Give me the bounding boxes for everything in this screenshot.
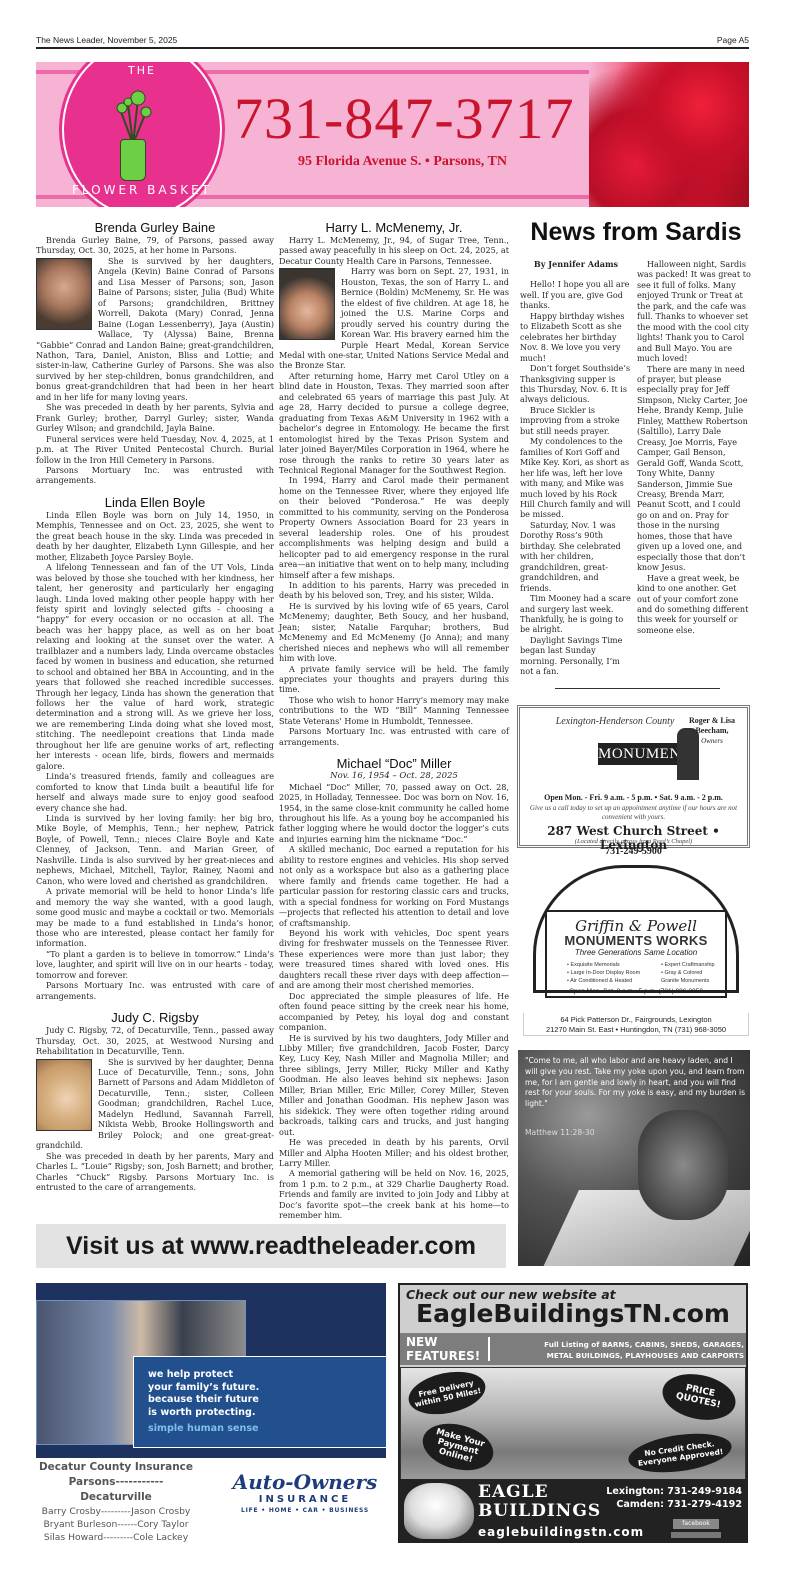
- owners-label: Owners: [683, 736, 741, 746]
- obituary-brenda: Brenda Gurley Baine Brenda Gurley Baine,…: [36, 221, 274, 486]
- jar-icon: [120, 139, 146, 181]
- agent-row: Bryant Burleson------Cory Taylor: [36, 1518, 196, 1531]
- obituary-paragraph: Beyond his work with vehicles, Doc spent…: [279, 928, 509, 991]
- ad-phones: Lexington: 731-249-9184 Camden: 731-279-…: [606, 1485, 742, 1511]
- brand-line: BUILDINGS: [478, 1502, 601, 1521]
- obituary-name: Harry L. McMenemy, Jr.: [279, 221, 509, 235]
- sardis-paragraph: Have a great week, be kind to one anothe…: [637, 573, 751, 636]
- obituary-paragraph: Brenda Gurley Baine, 79, of Parsons, pas…: [36, 235, 274, 256]
- obituary-paragraph: A skilled mechanic, Doc earned a reputat…: [279, 844, 509, 928]
- ad-phone[interactable]: 731-249-5900: [520, 846, 747, 857]
- obituary-photo: [36, 1059, 92, 1131]
- obituary-paragraph: In 1994, Harry and Carol made their perm…: [279, 475, 509, 580]
- feature-item: • Gray & Colored: [661, 969, 715, 977]
- message-line: we help protect: [148, 1369, 259, 1382]
- brand-lines: LIFE • HOME • CAR • BUSINESS: [230, 1507, 380, 1514]
- sardis-paragraph: Saturday, Nov. 1 was Dorothy Ross’s 90th…: [520, 520, 632, 593]
- agency-towns: Parsons-----------Decaturville: [36, 1475, 196, 1505]
- scripture-reference: Matthew 11:28-30: [525, 1128, 595, 1137]
- feature-item: • Large In-Door Display Room: [567, 969, 640, 977]
- ad-hours: Open Mon.-Sat. 8 a.m.- 5 p.m. (731) 986-…: [523, 988, 749, 995]
- header-divider: [36, 47, 749, 49]
- brand-name: EAGLE BUILDINGS: [478, 1483, 601, 1521]
- obituary-paragraph: Parsons Mortuary Inc. was entrusted with…: [36, 980, 274, 1001]
- obituary-paragraph: Michael “Doc” Miller, 70, passed away on…: [279, 782, 509, 845]
- message-box: we help protect your family’s future. be…: [133, 1356, 386, 1448]
- ad-locations: 64 Pick Patterson Dr., Fairgrounds, Lexi…: [523, 1013, 749, 1036]
- obituary-photo: [36, 258, 92, 330]
- agency-name: Decatur County Insurance: [36, 1460, 196, 1475]
- website-banner[interactable]: Visit us at www.readtheleader.com: [36, 1224, 506, 1268]
- ad-tagline: simple human sense: [148, 1423, 259, 1434]
- agent-row: Silas Howard---------Cole Lackey: [36, 1531, 196, 1544]
- obituary-paragraph: She was preceded in death by her parents…: [36, 402, 274, 433]
- obituary-paragraph: After returning home, Harry met Carol Ut…: [279, 371, 509, 476]
- flower-phone[interactable]: 731-847-3717: [234, 90, 575, 148]
- ad-brand: MONUMENTS: [598, 743, 688, 765]
- ad-owners: Roger & Lisa Beecham, Owners: [683, 716, 741, 746]
- praying-hands-image: [638, 1110, 728, 1220]
- sardis-paragraph: Don’t forget Southside’s Thanksgiving su…: [520, 363, 632, 405]
- location-line: 21270 Main St. East • Huntingdon, TN (73…: [524, 1025, 748, 1035]
- ad-tagline: Three Generations Same Location: [523, 948, 749, 957]
- feature-item: • Expert Craftmanship: [661, 961, 715, 969]
- brand-line: EAGLE: [478, 1483, 601, 1502]
- feature-item: Granite Monuments: [661, 977, 715, 985]
- phone-lexington[interactable]: Lexington: 731-249-9184: [606, 1485, 742, 1498]
- obit-column-2: Harry L. McMenemy, Jr. Harry L. McMenemy…: [279, 221, 509, 1221]
- obituary-paragraph: A private memorial will be held to honor…: [36, 886, 274, 949]
- sardis-paragraph: Bruce Sickler is improving from a stroke…: [520, 405, 632, 436]
- flower-basket-ad[interactable]: THE FLOWER BASKET 731-847-3717 95 Florid…: [36, 62, 749, 207]
- ad-script-title: Lexington-Henderson County: [555, 716, 675, 728]
- ad-located: (Located directly across from Reed’s Cha…: [520, 838, 747, 845]
- sardis-paragraph: Halloween night, Sardis was packed! It w…: [637, 259, 751, 364]
- auto-owners-logo: Auto-Owners INSURANCE LIFE • HOME • CAR …: [230, 1470, 380, 1514]
- obituary-paragraph: She was preceded in death by her parents…: [36, 1151, 274, 1193]
- features-bar: NEW FEATURES! Full Listing of BARNS, CAB…: [400, 1333, 746, 1365]
- obituary-linda: Linda Ellen Boyle Linda Ellen Boyle was …: [36, 496, 274, 1001]
- obituary-harry: Harry L. McMenemy, Jr. Harry L. McMenemy…: [279, 221, 509, 747]
- listing-line: Full Listing of BARNS, CABINS, SHEDS, GA…: [496, 1339, 744, 1350]
- scripture-ad: "Come to me, all who labor and are heavy…: [518, 1050, 750, 1266]
- obituary-dates: Nov. 16, 1954 – Oct. 28, 2025: [279, 771, 509, 781]
- sardis-paragraph: Hello! I hope you all are well. If you a…: [520, 279, 632, 310]
- obituary-paragraph: Parsons Mortuary Inc. was entrusted with…: [279, 726, 509, 747]
- insurance-ad[interactable]: we help protect your family’s future. be…: [36, 1283, 386, 1458]
- obituary-paragraph: In addition to his parents, Harry was pr…: [279, 580, 509, 601]
- obituary-paragraph: He is survived by his two daughters, Jod…: [279, 1033, 509, 1138]
- obituary-name: Brenda Gurley Baine: [36, 221, 274, 235]
- lexington-monuments-ad[interactable]: Lexington-Henderson County MONUMENTS Rog…: [517, 705, 750, 848]
- column-title: News from Sardis: [520, 218, 752, 247]
- obituary-paragraph: A memorial gathering will be held on Nov…: [279, 1168, 509, 1220]
- owners-names: Roger & Lisa Beecham,: [683, 716, 741, 736]
- obituary-paragraph: A lifelong Tennessean and fan of the UT …: [36, 562, 274, 771]
- ad-hours: Open Mon. - Fri. 9 a.m. - 5 p.m. • Sat. …: [520, 793, 747, 802]
- flower-address: 95 Florida Avenue S. • Parsons, TN: [298, 154, 507, 170]
- ad-note: Give us a call today to set up an appoin…: [520, 804, 747, 822]
- obituary-paragraph: He was preceded in death by his parents,…: [279, 1137, 509, 1168]
- logo-top-text: THE: [64, 64, 220, 77]
- eagle-icon: [404, 1483, 474, 1539]
- obituary-paragraph: Linda is survived by her loving family: …: [36, 813, 274, 886]
- sardis-paragraph: Tim Mooney had a scare and surgery last …: [520, 593, 632, 635]
- sardis-paragraph: Happy birthday wishes to Elizabeth Scott…: [520, 311, 632, 363]
- sardis-paragraph: There are many in need of prayer, but pl…: [637, 364, 751, 573]
- obit-column-1: Brenda Gurley Baine Brenda Gurley Baine,…: [36, 221, 274, 1192]
- insurance-agency-info: Decatur County Insurance Parsons--------…: [36, 1460, 196, 1544]
- obituary-paragraph: A private family service will be held. T…: [279, 664, 509, 695]
- brand-sub: INSURANCE: [230, 1494, 380, 1505]
- message-line: your family’s future.: [148, 1382, 259, 1395]
- flower-basket-logo: THE FLOWER BASKET: [62, 62, 222, 207]
- listing-text: Full Listing of BARNS, CABINS, SHEDS, GA…: [496, 1339, 744, 1361]
- new-features-label: NEW FEATURES!: [406, 1335, 486, 1363]
- roses-image: [589, 62, 749, 207]
- obituary-name: Michael “Doc” Miller: [279, 757, 509, 771]
- obituary-name: Linda Ellen Boyle: [36, 496, 274, 510]
- ad-brand: MONUMENTS WORKS: [523, 933, 749, 948]
- obituary-photo: [279, 268, 335, 340]
- flowers-icon: [108, 84, 158, 144]
- ad-message: we help protect your family’s future. be…: [148, 1369, 259, 1419]
- obituary-paragraph: Parsons Mortuary Inc. was entrusted with…: [36, 465, 274, 486]
- obituary-paragraph: Doc appreciated the simple pleasures of …: [279, 991, 509, 1033]
- scripture-quote: "Come to me, all who labor and are heavy…: [525, 1056, 747, 1110]
- obituary-paragraph: Funeral services were held Tuesday, Nov.…: [36, 434, 274, 465]
- listing-line: METAL BUILDINGS, PLAYHOUSES AND CARPORTS: [496, 1350, 744, 1361]
- ad-website[interactable]: EagleBuildingsTN.com: [400, 1299, 746, 1328]
- obituary-paragraph: Judy C. Rigsby, 72, of Decaturville, Ten…: [36, 1025, 274, 1056]
- eagle-buildings-ad[interactable]: Check out our new website at EagleBuildi…: [398, 1283, 748, 1543]
- facebook-icon[interactable]: facebook: [673, 1519, 719, 1529]
- ad-footer: EAGLE BUILDINGS eaglebuildingstn.com Lex…: [400, 1479, 746, 1543]
- logo-bottom-text: FLOWER BASKET: [64, 183, 220, 197]
- agent-row: Barry Crosby---------Jason Crosby: [36, 1505, 196, 1518]
- message-line: is worth protecting.: [148, 1407, 259, 1420]
- obituary-paragraph: Linda Ellen Boyle was born on July 14, 1…: [36, 510, 274, 562]
- byline: By Jennifer Adams: [520, 259, 632, 269]
- features-left: • Exquisite Memorials • Large In-Door Di…: [567, 961, 640, 985]
- obituary-paragraph: He is survived by his loving wife of 65 …: [279, 601, 509, 664]
- obituary-paragraph: Linda’s treasured friends, family and co…: [36, 771, 274, 813]
- phone-camden[interactable]: Camden: 731-279-4192: [606, 1498, 742, 1511]
- paper-dateline: The News Leader, November 5, 2025: [36, 35, 177, 45]
- griffin-powell-ad[interactable]: Griffin & Powell MONUMENTS WORKS Three G…: [523, 865, 749, 1041]
- features-right: • Expert Craftmanship • Gray & Colored G…: [661, 961, 715, 985]
- obituary-judy: Judy C. Rigsby Judy C. Rigsby, 72, of De…: [36, 1011, 274, 1192]
- sardis-paragraph: Daylight Savings Time began last Sunday …: [520, 635, 632, 677]
- divider: [488, 1337, 490, 1361]
- feature-item: • Air Conditioned & Heated: [567, 977, 640, 985]
- brand-name: Auto-Owners: [230, 1470, 380, 1494]
- page-number: Page A5: [717, 35, 749, 45]
- sardis-column-1: By Jennifer Adams Hello! I hope you all …: [520, 259, 632, 677]
- obituary-michael: Michael “Doc” Miller Nov. 16, 1954 – Oct…: [279, 757, 509, 1220]
- sardis-column-2: Halloween night, Sardis was packed! It w…: [637, 259, 751, 635]
- location-line: 64 Pick Patterson Dr., Fairgrounds, Lexi…: [524, 1015, 748, 1025]
- obituary-paragraph: “To plant a garden is to believe in tomo…: [36, 949, 274, 980]
- message-line: because their future: [148, 1394, 259, 1407]
- obituary-paragraph: Those who wish to honor Harry’s memory m…: [279, 695, 509, 726]
- feature-item: • Exquisite Memorials: [567, 961, 640, 969]
- obituary-name: Judy C. Rigsby: [36, 1011, 274, 1025]
- payment-cards-icon: [671, 1532, 721, 1538]
- column-divider: [555, 688, 720, 689]
- obituary-paragraph: Harry L. McMenemy, Jr., 94, of Sugar Tre…: [279, 235, 509, 266]
- ad-url[interactable]: eaglebuildingstn.com: [478, 1525, 644, 1539]
- sardis-paragraph: My condolences to the families of Kori G…: [520, 436, 632, 520]
